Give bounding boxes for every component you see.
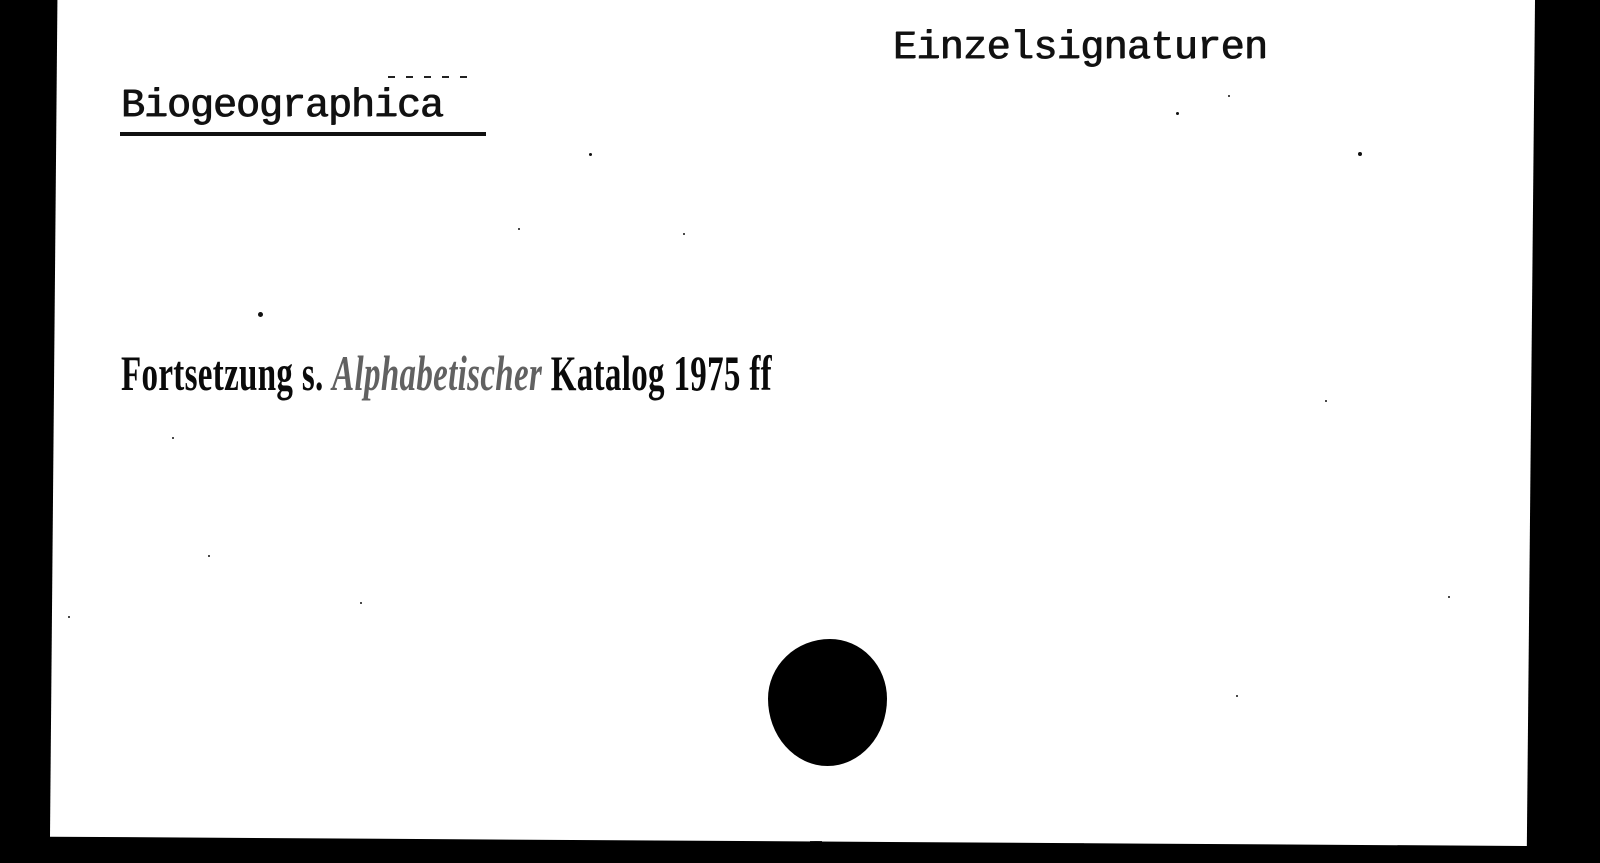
edge-artifact [810, 841, 822, 843]
stamp-prefix: Fortsetzung s. [121, 345, 324, 401]
speck [258, 312, 263, 317]
catalog-card: Einzelsignaturen Biogeographica Fortsetz… [50, 0, 1535, 846]
stamp-faded-word: Alphabetischer [332, 345, 542, 401]
speck [172, 437, 174, 439]
subject-underline [120, 132, 486, 136]
speck [1325, 400, 1327, 402]
edge-artifact [1050, 843, 1084, 845]
speck [518, 228, 520, 230]
speck [1448, 596, 1450, 598]
speck [1236, 695, 1238, 697]
continuation-stamp: Fortsetzung s. Alphabetischer Katalog 19… [121, 344, 772, 402]
speck [1228, 95, 1230, 97]
edge-artifact [710, 843, 750, 845]
speck [1176, 112, 1179, 115]
punch-hole-icon [768, 639, 887, 766]
subject-dashes [388, 76, 473, 78]
speck [1358, 152, 1362, 156]
speck [683, 233, 685, 235]
speck [208, 555, 210, 557]
stamp-suffix: Katalog 1975 ff [551, 345, 772, 401]
speck [68, 616, 70, 618]
subject-heading: Biogeographica [121, 84, 443, 129]
edge-artifact [53, 839, 73, 841]
speck [360, 602, 362, 604]
card-header-right: Einzelsignaturen [893, 26, 1267, 71]
speck [589, 153, 592, 156]
scanned-card-image: Einzelsignaturen Biogeographica Fortsetz… [0, 0, 1600, 863]
